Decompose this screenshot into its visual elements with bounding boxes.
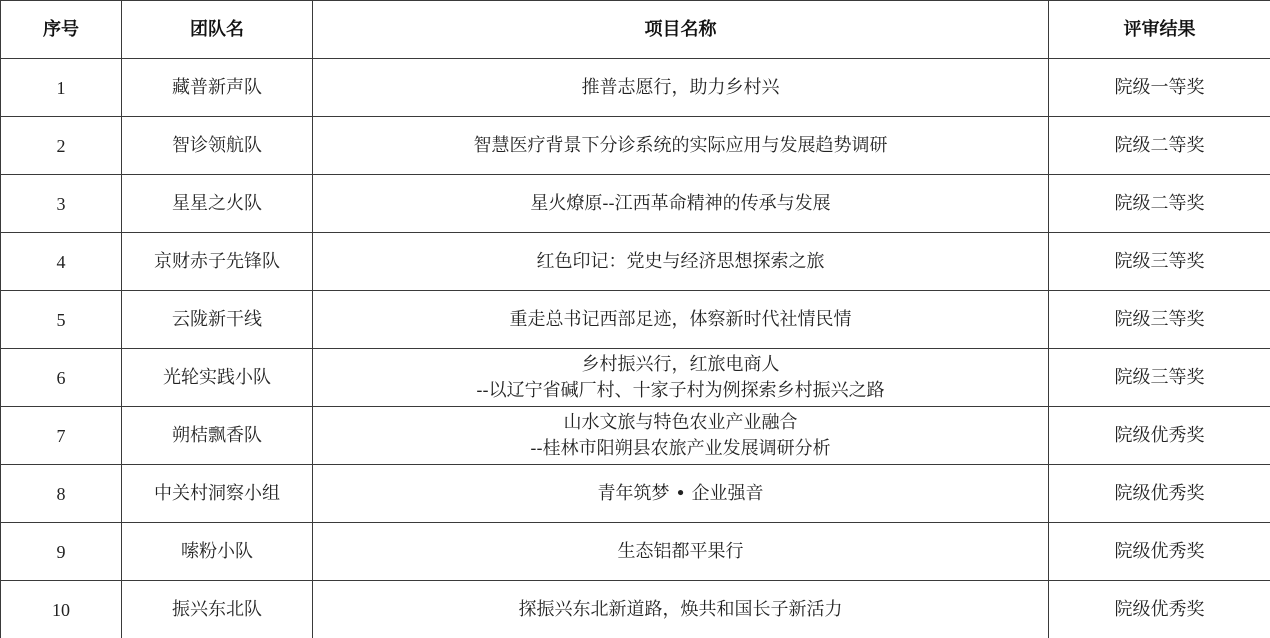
row-project: 乡村振兴行，红旅电商人 --以辽宁省碱厂村、十家子村为例探索乡村振兴之路 [313,349,1049,407]
row-result: 院级优秀奖 [1049,523,1270,581]
row-index: 2 [1,117,122,175]
project-line-1: 红色印记：党史与经济思想探索之旅 [313,249,1048,275]
project-line-2: --以辽宁省碱厂村、十家子村为例探索乡村振兴之路 [313,378,1048,404]
row-index: 9 [1,523,122,581]
row-index: 10 [1,581,122,638]
table-row: 7 朔桔飘香队 山水文旅与特色农业产业融合 --桂林市阳朔县农旅产业发展调研分析… [1,407,1270,465]
award-results-table: 序号 团队名 项目名称 评审结果 1 藏普新声队 推普志愿行，助力乡村兴 院级一… [0,0,1270,638]
project-line-1: 星火燎原--江西革命精神的传承与发展 [313,191,1048,217]
row-index: 4 [1,233,122,291]
row-project: 红色印记：党史与经济思想探索之旅 [313,233,1049,291]
row-index: 7 [1,407,122,465]
project-line-1: 生态铝都平果行 [313,539,1048,565]
row-result: 院级三等奖 [1049,349,1270,407]
row-result: 院级优秀奖 [1049,407,1270,465]
row-team: 云陇新干线 [122,291,313,349]
row-team: 智诊领航队 [122,117,313,175]
row-team: 藏普新声队 [122,59,313,117]
table-row: 4 京财赤子先锋队 红色印记：党史与经济思想探索之旅 院级三等奖 [1,233,1270,291]
row-project: 重走总书记西部足迹，体察新时代社情民情 [313,291,1049,349]
row-result: 院级优秀奖 [1049,465,1270,523]
row-result: 院级一等奖 [1049,59,1270,117]
row-index: 8 [1,465,122,523]
project-line-1: 探振兴东北新道路，焕共和国长子新活力 [313,597,1048,623]
row-team: 京财赤子先锋队 [122,233,313,291]
project-line-1: 乡村振兴行，红旅电商人 [313,352,1048,378]
header-result: 评审结果 [1049,1,1270,59]
row-team: 振兴东北队 [122,581,313,638]
table-row: 9 嗦粉小队 生态铝都平果行 院级优秀奖 [1,523,1270,581]
row-team: 朔桔飘香队 [122,407,313,465]
header-row: 序号 团队名 项目名称 评审结果 [1,1,1270,59]
header-project: 项目名称 [313,1,1049,59]
row-index: 6 [1,349,122,407]
row-project: 生态铝都平果行 [313,523,1049,581]
table-row: 5 云陇新干线 重走总书记西部足迹，体察新时代社情民情 院级三等奖 [1,291,1270,349]
table-row: 2 智诊领航队 智慧医疗背景下分诊系统的实际应用与发展趋势调研 院级二等奖 [1,117,1270,175]
header-index: 序号 [1,1,122,59]
table-row: 1 藏普新声队 推普志愿行，助力乡村兴 院级一等奖 [1,59,1270,117]
row-result: 院级优秀奖 [1049,581,1270,638]
row-result: 院级二等奖 [1049,175,1270,233]
row-project: 智慧医疗背景下分诊系统的实际应用与发展趋势调研 [313,117,1049,175]
row-result: 院级二等奖 [1049,117,1270,175]
row-team: 嗦粉小队 [122,523,313,581]
project-line-1: 重走总书记西部足迹，体察新时代社情民情 [313,307,1048,333]
row-index: 5 [1,291,122,349]
project-line-1: 智慧医疗背景下分诊系统的实际应用与发展趋势调研 [313,133,1048,159]
row-project: 星火燎原--江西革命精神的传承与发展 [313,175,1049,233]
row-index: 3 [1,175,122,233]
row-project: 山水文旅与特色农业产业融合 --桂林市阳朔县农旅产业发展调研分析 [313,407,1049,465]
table-row: 8 中关村洞察小组 青年筑梦 • 企业强音 院级优秀奖 [1,465,1270,523]
project-line-1: 推普志愿行，助力乡村兴 [313,75,1048,101]
project-line-1: 山水文旅与特色农业产业融合 [313,410,1048,436]
row-project: 青年筑梦 • 企业强音 [313,465,1049,523]
row-team: 星星之火队 [122,175,313,233]
table-row: 6 光轮实践小队 乡村振兴行，红旅电商人 --以辽宁省碱厂村、十家子村为例探索乡… [1,349,1270,407]
table-row: 10 振兴东北队 探振兴东北新道路，焕共和国长子新活力 院级优秀奖 [1,581,1270,638]
row-team: 光轮实践小队 [122,349,313,407]
header-team: 团队名 [122,1,313,59]
row-project: 推普志愿行，助力乡村兴 [313,59,1049,117]
row-index: 1 [1,59,122,117]
row-result: 院级三等奖 [1049,233,1270,291]
row-project: 探振兴东北新道路，焕共和国长子新活力 [313,581,1049,638]
table-row: 3 星星之火队 星火燎原--江西革命精神的传承与发展 院级二等奖 [1,175,1270,233]
project-line-2: --桂林市阳朔县农旅产业发展调研分析 [313,436,1048,462]
row-result: 院级三等奖 [1049,291,1270,349]
project-line-1: 青年筑梦 • 企业强音 [313,481,1048,507]
row-team: 中关村洞察小组 [122,465,313,523]
